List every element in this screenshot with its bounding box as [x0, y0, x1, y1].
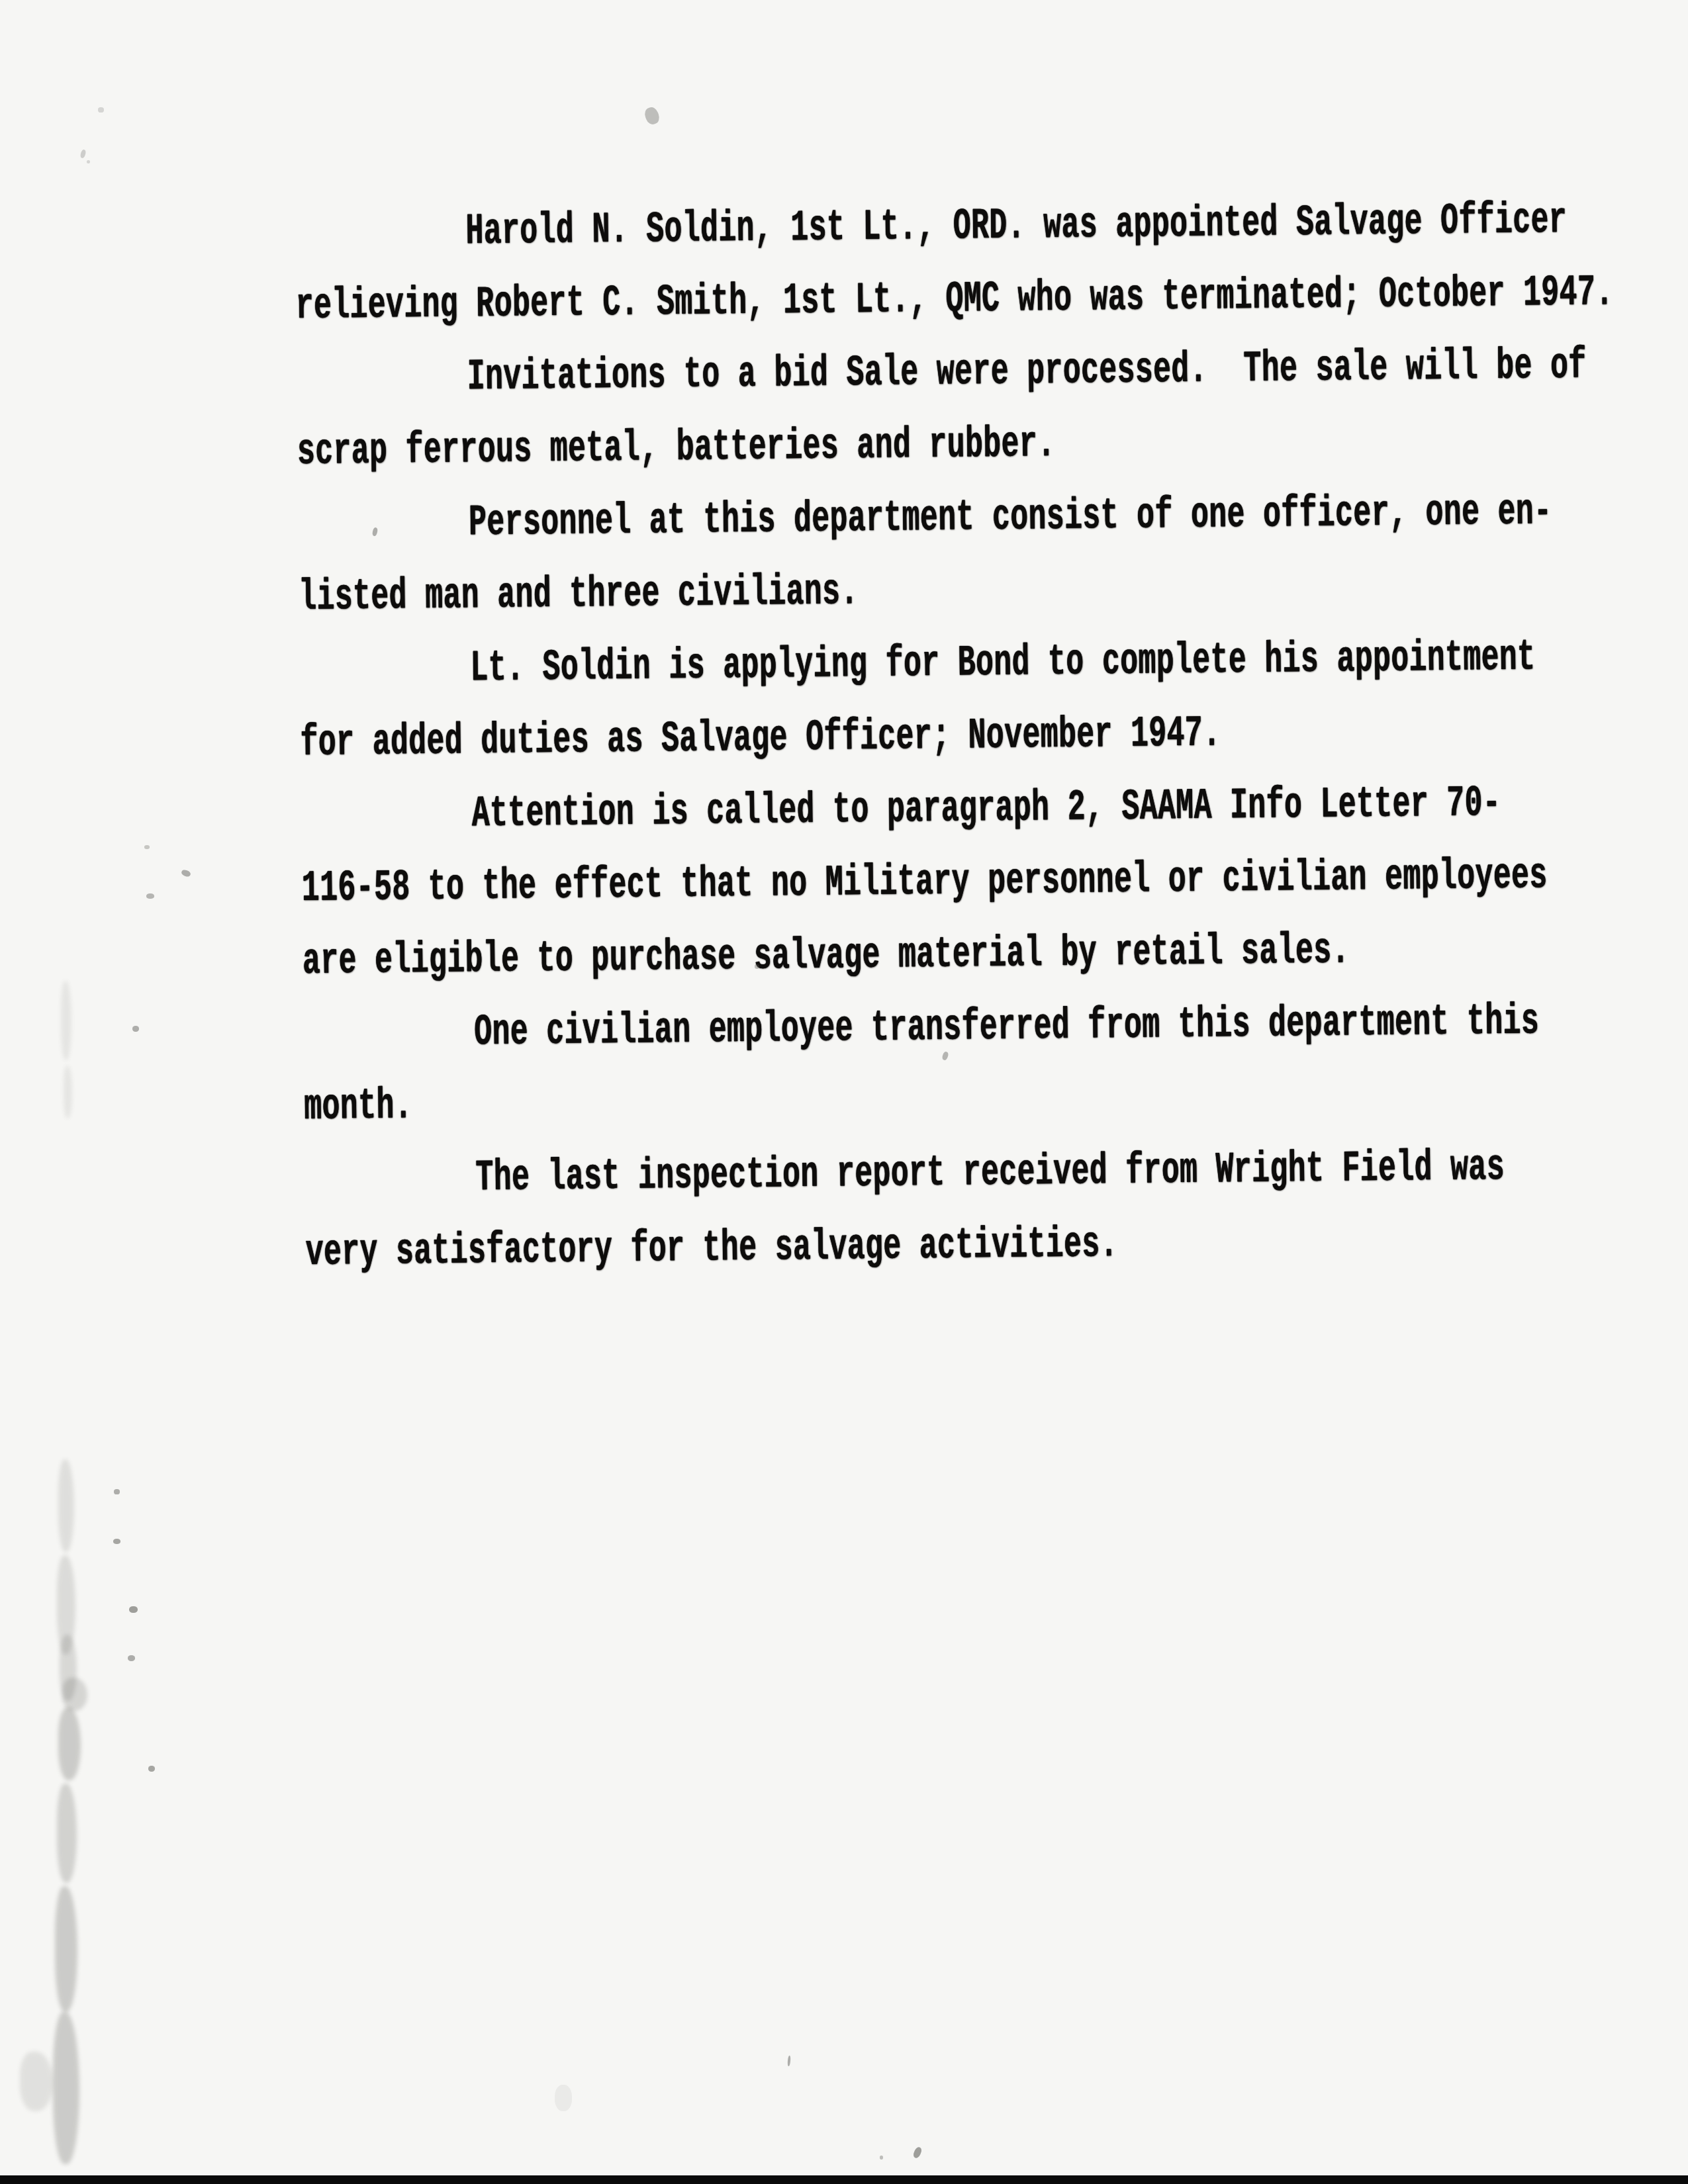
document-line-11: are eligible to purchase salvage materia… — [303, 911, 1688, 998]
document-line-5: Personnel at this department consist of … — [298, 474, 1688, 561]
document-line-text: Attention is called to paragraph 2, SAAM… — [471, 767, 1501, 850]
document-line-text: 116-58 to the effect that no Military pe… — [301, 839, 1548, 925]
document-line-2: relieving Robert C. Smith, 1st Lt., QMC … — [295, 255, 1686, 343]
scan-artifact-speck — [129, 1606, 138, 1613]
document-line-text: are eligible to purchase salvage materia… — [303, 914, 1350, 998]
document-line-text: for added duties as Salvage Officer; Nov… — [300, 697, 1221, 780]
scan-artifact-smudge — [58, 1707, 81, 1780]
document-line-12: One civilian employee transferred from t… — [303, 983, 1688, 1071]
scan-artifact-smudge — [53, 2012, 79, 2164]
document-line-1: Harold N. Soldin, 1st Lt., ORD. was appo… — [295, 183, 1685, 270]
scan-artifact-smudge — [55, 1886, 77, 2012]
scan-artifact-speck — [114, 1489, 120, 1494]
scan-artifact-speck — [787, 2056, 790, 2066]
document-line-8: for added duties as Salvage Officer; Nov… — [300, 692, 1688, 780]
scan-artifact-speck — [146, 893, 154, 899]
document-line-text: very satisfactory for the salvage activi… — [305, 1208, 1118, 1289]
document-line-text: Personnel at this department consist of … — [469, 475, 1552, 559]
scan-artifact-speck — [555, 2085, 572, 2111]
scan-artifact-smudge — [64, 1066, 72, 1118]
scan-artifact-smudge — [58, 1459, 74, 1552]
scan-artifact-smudge — [62, 1678, 87, 1711]
scanned-document-page: Harold N. Soldin, 1st Lt., ORD. was appo… — [0, 0, 1688, 2184]
document-line-14: The last inspection report received from… — [305, 1129, 1688, 1216]
document-line-text: relieving Robert C. Smith, 1st Lt., QMC … — [295, 256, 1614, 343]
scan-bottom-edge-bar — [0, 2175, 1688, 2184]
scan-artifact-speck — [148, 1766, 155, 1772]
document-line-6: listed man and three civilians. — [299, 547, 1688, 634]
document-line-text: The last inspection report received from… — [475, 1131, 1505, 1214]
document-text: Harold N. Soldin, 1st Lt., ORD. was appo… — [295, 183, 1688, 1289]
document-line-text: listed man and three civilians. — [299, 555, 859, 634]
scan-artifact-speck — [912, 2146, 923, 2160]
scan-artifact-speck — [132, 1026, 139, 1032]
scan-artifact-smudge — [61, 981, 71, 1060]
document-line-10: 116-58 to the effect that no Military pe… — [301, 838, 1688, 925]
scan-artifact-speck — [755, 964, 759, 969]
document-line-text: Invitations to a bid Sale were processed… — [467, 330, 1587, 414]
document-line-13: month. — [304, 1056, 1688, 1144]
scan-artifact-speck — [643, 105, 661, 126]
scan-artifact-speck — [144, 845, 150, 849]
scan-artifact-speck — [87, 160, 90, 163]
document-line-text: One civilian employee transferred from t… — [474, 985, 1540, 1069]
scan-artifact-speck — [113, 1539, 120, 1544]
scan-artifact-speck — [98, 107, 104, 113]
document-line-7: Lt. Soldin is applying for Bond to compl… — [299, 619, 1688, 707]
document-line-text: Lt. Soldin is applying for Bond to compl… — [470, 621, 1536, 705]
document-line-9: Attention is called to paragraph 2, SAAM… — [301, 765, 1688, 852]
document-line-text: month. — [304, 1069, 413, 1144]
scan-artifact-speck — [880, 2156, 883, 2160]
scan-artifact-speck — [79, 149, 86, 158]
scan-artifact-smudge — [20, 2052, 53, 2111]
document-line-text: Harold N. Soldin, 1st Lt., ORD. was appo… — [465, 184, 1568, 268]
scan-artifact-speck — [128, 1655, 135, 1661]
document-line-15: very satisfactory for the salvage activi… — [305, 1202, 1688, 1289]
document-line-text: scrap ferrous metal, batteries and rubbe… — [297, 408, 1056, 488]
document-line-4: scrap ferrous metal, batteries and rubbe… — [297, 401, 1687, 488]
document-line-3: Invitations to a bid Sale were processed… — [296, 328, 1687, 416]
scan-artifact-speck — [181, 869, 191, 878]
scan-artifact-smudge — [57, 1784, 77, 1883]
